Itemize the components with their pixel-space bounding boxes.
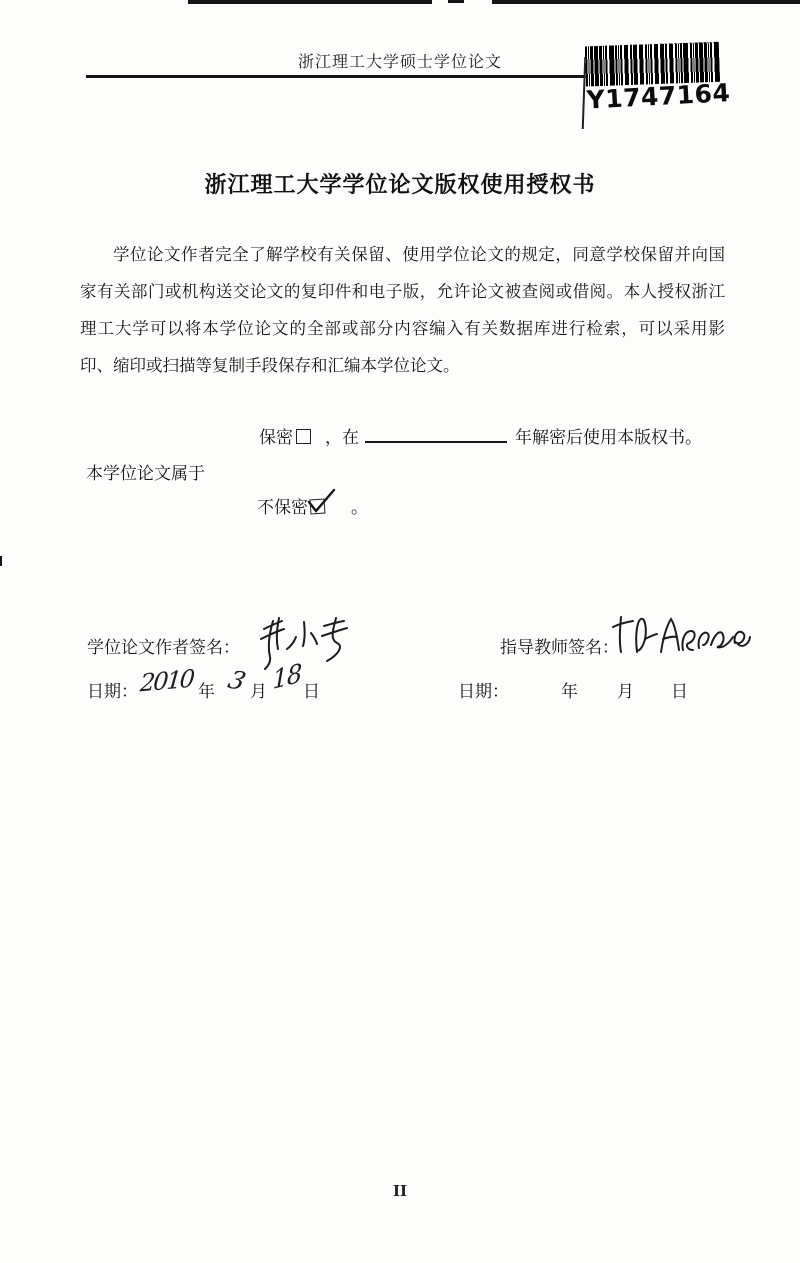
barcode-number: Y1747164 [586, 78, 727, 114]
supervisor-year-char: 年 [561, 677, 578, 702]
paragraph-line: 印、缩印或扫描等复制手段保存和汇编本学位论文。 [80, 348, 725, 385]
supervisor-month-char: 月 [617, 677, 634, 702]
secret-option-label: 保密 [259, 428, 293, 447]
author-month-char: 月 [250, 677, 267, 702]
supervisor-signature-handwriting [610, 608, 758, 664]
year-blank-line [365, 426, 507, 443]
author-year-char: 年 [198, 677, 215, 702]
paragraph-line: 家有关部门或机构送交论文的复印件和电子版，允许论文被查阅或借阅。本人授权浙江 [80, 274, 725, 311]
belongs-label: 本学位论文属于 [86, 459, 205, 484]
not-secret-period: 。 [351, 498, 368, 517]
scanned-thesis-page: 浙江理工大学硕士学位论文 Y1747164 浙江理工大学学位论文版权使用授权书 … [0, 0, 800, 1263]
page-number: II [0, 1182, 800, 1200]
page-title: 浙江理工大学学位论文版权使用授权书 [0, 168, 800, 199]
supervisor-signature-label: 指导教师签名： [500, 633, 619, 658]
secret-checkbox [296, 429, 311, 444]
secret-comma-in: ，在 [325, 428, 359, 447]
author-signature-handwriting [256, 612, 358, 672]
paragraph-line: 学位论文作者完全了解学校有关保留、使用学位论文的规定，同意学校保留并向国 [80, 237, 725, 274]
author-date-label: 日期： [87, 677, 138, 702]
scan-artifact-top-3 [492, 0, 800, 4]
author-date-day-handwriting: 18 [272, 658, 301, 695]
author-date-month-handwriting: 3 [225, 665, 250, 696]
checkmark-icon [305, 486, 339, 516]
author-day-char: 日 [303, 677, 320, 702]
author-signature-label: 学位论文作者签名： [87, 633, 240, 658]
library-barcode: Y1747164 [585, 42, 727, 119]
secret-option-row: 保密，在年解密后使用本版权书。 [259, 423, 702, 448]
supervisor-date-label: 日期： [458, 677, 509, 702]
scan-artifact-top-1 [188, 0, 432, 4]
not-secret-label: 不保密 [257, 498, 308, 517]
authorization-paragraph: 学位论文作者完全了解学校有关保留、使用学位论文的规定，同意学校保留并向国 家有关… [80, 237, 725, 385]
author-date-year-handwriting: 2010 [139, 665, 194, 698]
not-secret-option-row: 不保密。 [257, 493, 368, 518]
paragraph-line: 理工大学可以将本学位论文的全部或部分内容编入有关数据库进行检索，可以采用影 [80, 311, 725, 348]
scan-artifact-top-2 [448, 0, 464, 3]
header-rule [86, 75, 586, 78]
secret-after-blank: 年解密后使用本版权书。 [515, 428, 702, 447]
supervisor-day-char: 日 [671, 677, 688, 702]
scan-artifact-left-edge [0, 556, 2, 566]
